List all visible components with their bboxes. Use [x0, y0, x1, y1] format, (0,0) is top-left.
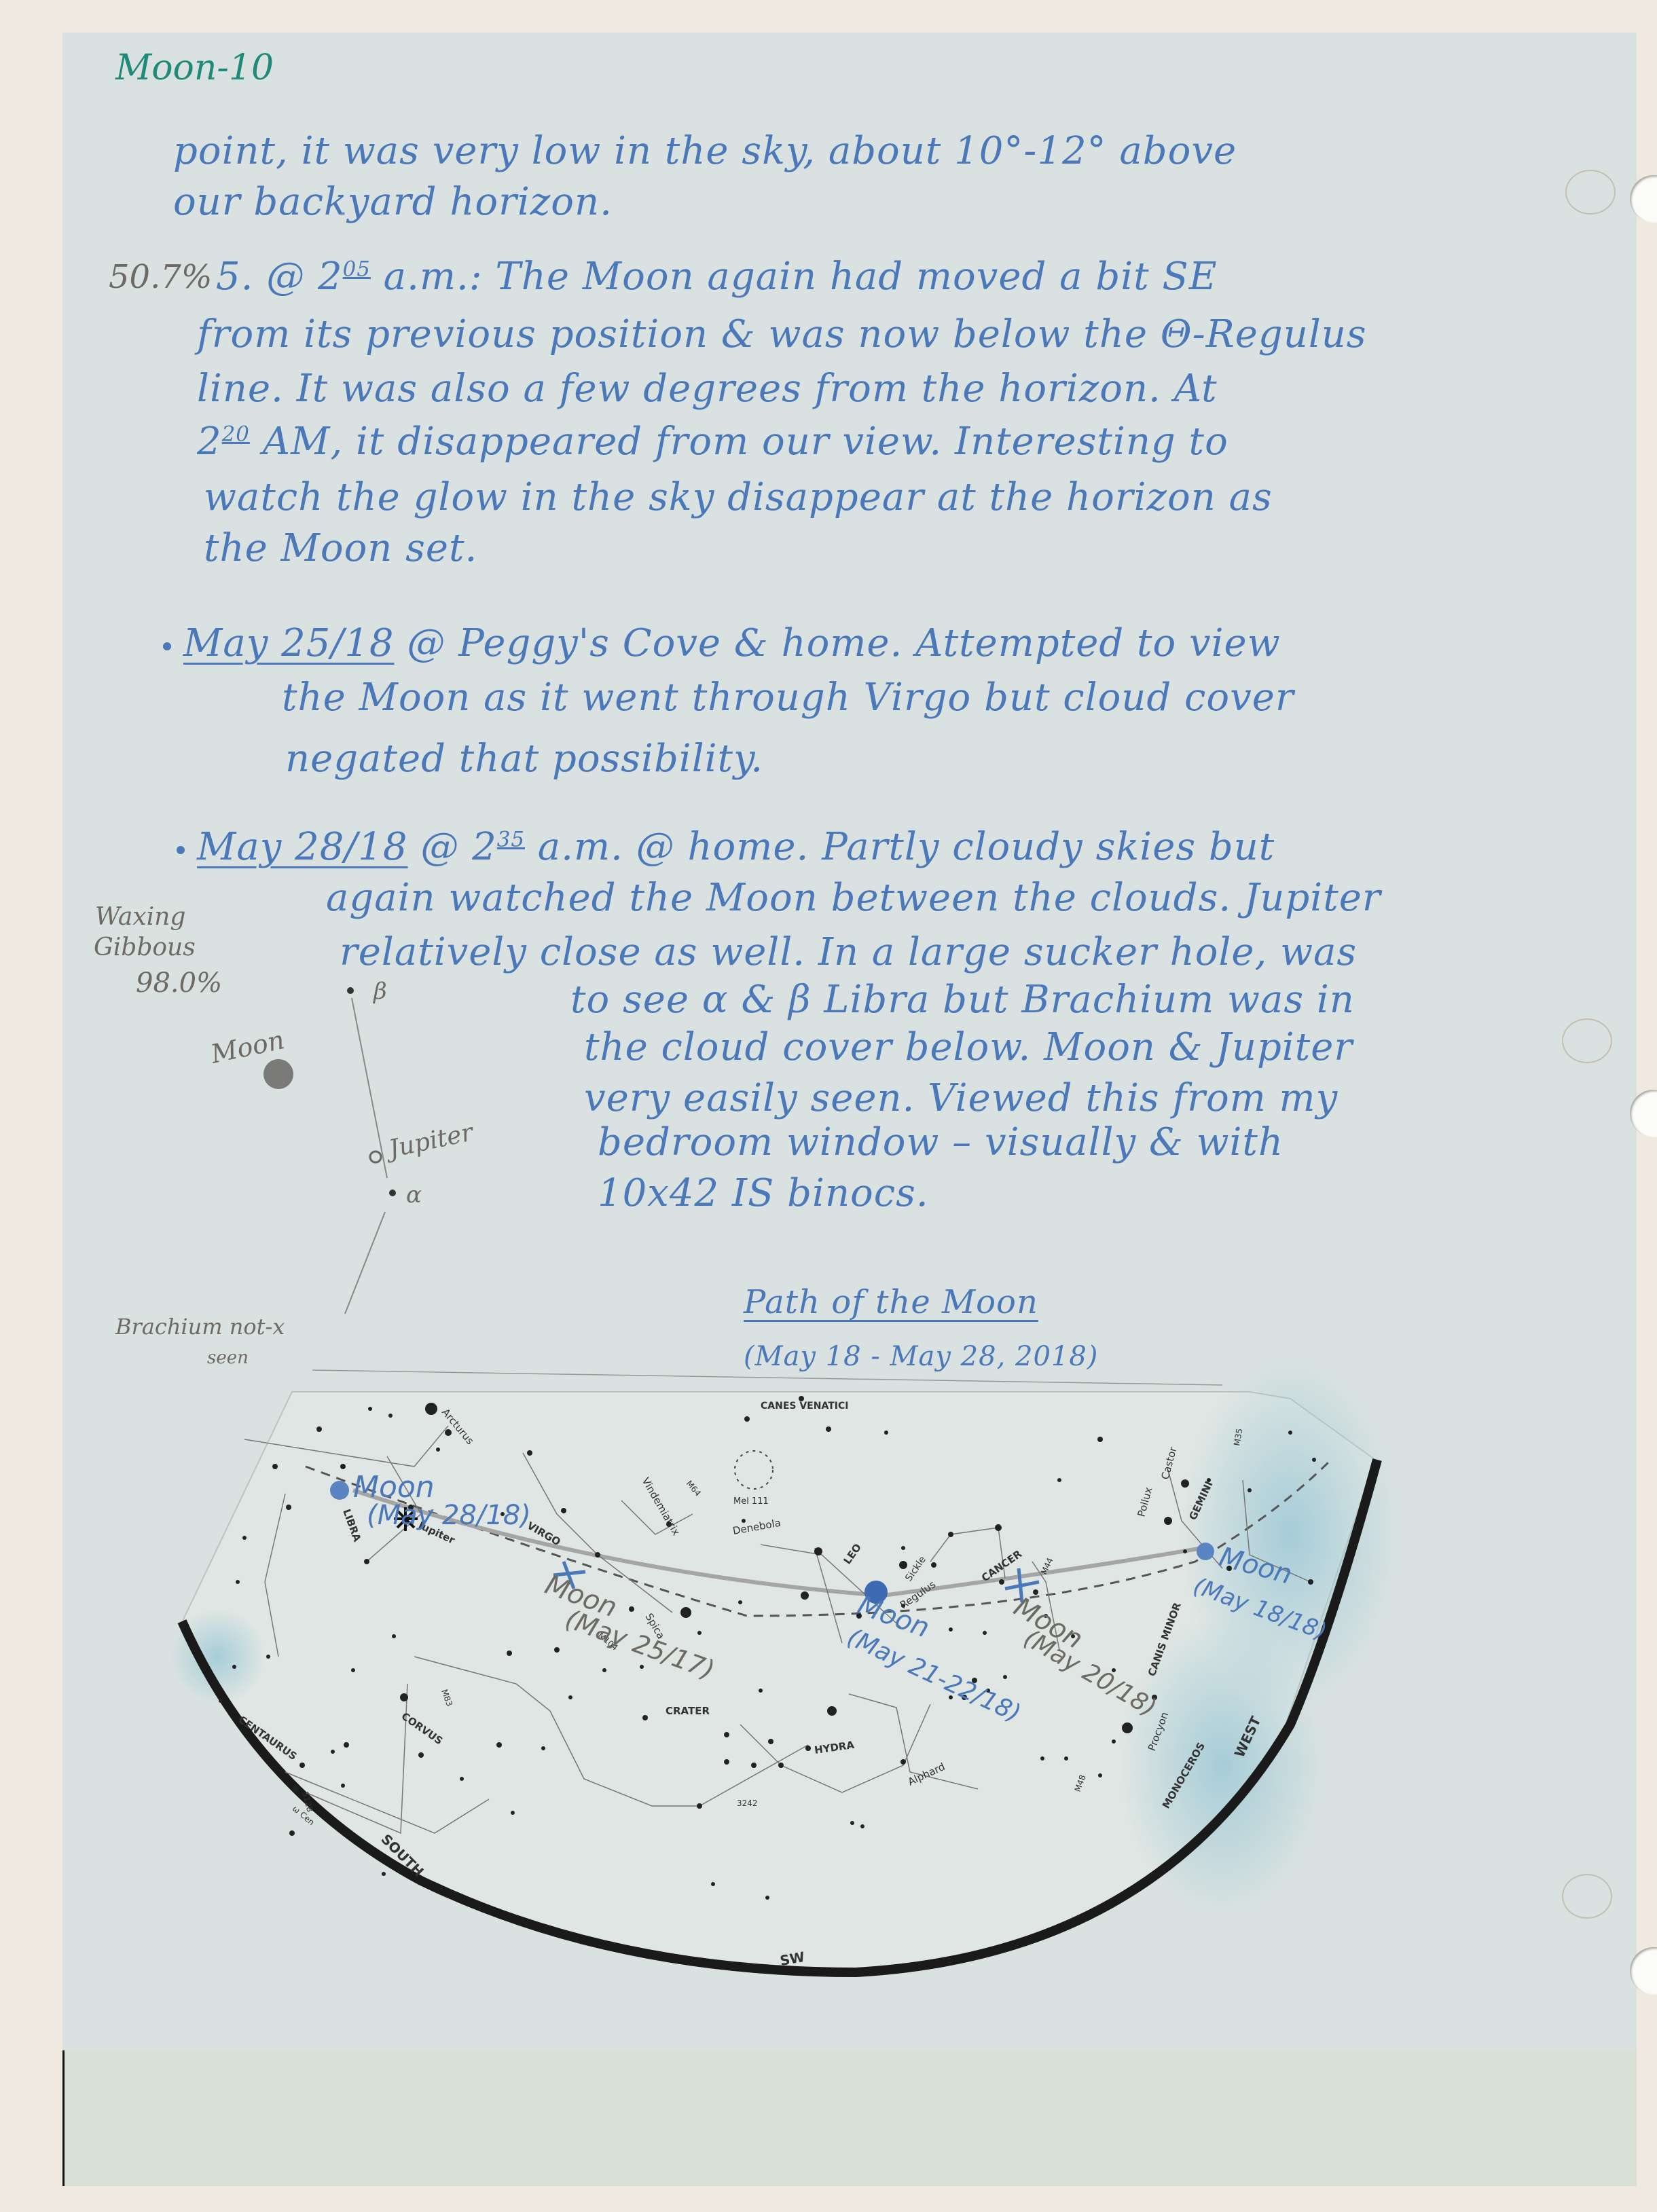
svg-text:CRATER: CRATER — [666, 1705, 710, 1717]
svg-text:Mel 111: Mel 111 — [733, 1496, 769, 1507]
moon-may28-marker-icon — [330, 1481, 349, 1500]
moon-may18-marker-icon — [1197, 1543, 1214, 1560]
svg-text:3242: 3242 — [737, 1799, 758, 1808]
svg-text:CANES VENATICI: CANES VENATICI — [761, 1401, 848, 1412]
svg-text:(May 28/18): (May 28/18) — [367, 1500, 531, 1531]
star-chart: CANES VENATICI VIRGO LIBRA LEO CANCER GE… — [0, 0, 1657, 2212]
